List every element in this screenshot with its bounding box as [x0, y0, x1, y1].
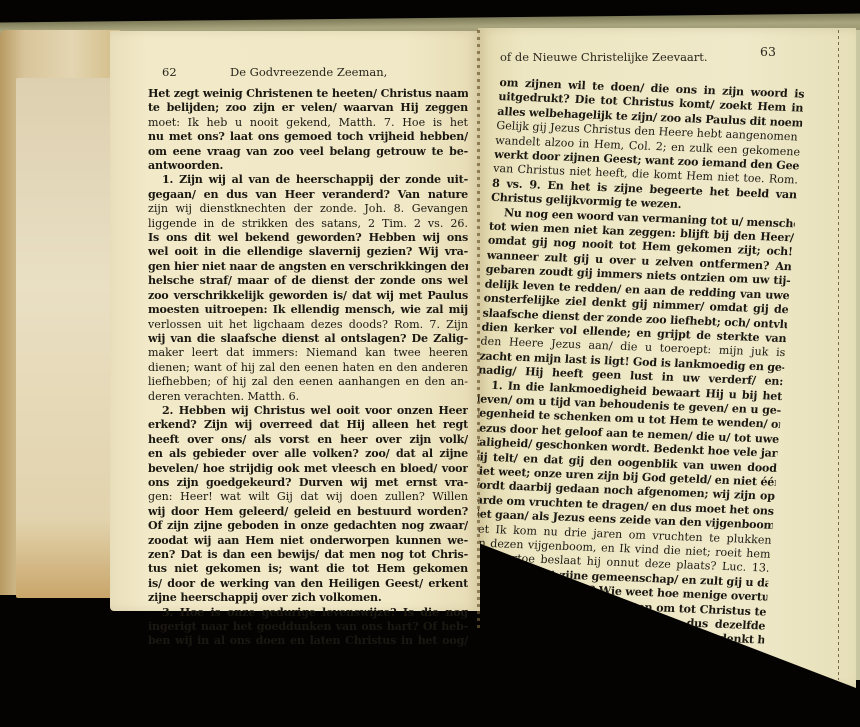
page-edge-stitches: [838, 30, 839, 680]
text-line: liefhebben; of hij zal den eenen aanhang…: [148, 375, 468, 389]
text-line: gen hier niet naar de angsten en verschr…: [148, 260, 468, 274]
text-line: zoo verschrikkelijk geworden is/ dat wij…: [148, 289, 468, 303]
text-line: heeft over ons/ als vorst en heer over z…: [148, 433, 468, 447]
text-line: helsche straf/ maar of de dienst der zon…: [148, 274, 468, 288]
text-line: 3. Hoe is onze gedurige levenswijze? Is …: [148, 606, 468, 620]
text-line: moesten uitroepen: Ik ellendig mensch, w…: [148, 303, 468, 317]
text-line: Het zegt weinig Christenen te heeten/ Ch…: [148, 87, 468, 101]
running-head-right: of de Nieuwe Christelijke Zeevaart.: [500, 50, 708, 64]
text-line: bevelen/ hoe strijdig ook met vleesch en…: [148, 462, 468, 476]
text-line: om eene vraag van zoo veel belang getrou…: [148, 145, 468, 159]
text-line: maker leert dat immers: Niemand kan twee…: [148, 346, 468, 360]
text-line: deren verachten. Matth. 6.: [148, 390, 468, 404]
cover-endpaper: [16, 78, 112, 598]
text-line: Of zijn zijne geboden in onze gedachten …: [148, 519, 468, 533]
book-photo: 62 De Godvreezende Zeeman, Het zegt wein…: [0, 0, 860, 727]
text-line: wel ooit in die ellendige slavernij gezi…: [148, 245, 468, 259]
left-page: 62 De Godvreezende Zeeman, Het zegt wein…: [110, 31, 480, 611]
text-line: antwoorden.: [148, 159, 468, 173]
text-line: ons zijn goedgekeurd? Durven wij met ern…: [148, 476, 468, 490]
left-page-body: Het zegt weinig Christenen te heeten/ Ch…: [148, 87, 468, 649]
book-cover-left: [0, 30, 120, 595]
text-line: erkend? Zijn wij overreed dat Hij alleen…: [148, 418, 468, 432]
text-line: zijne heerschappij over zich volkomen.: [148, 591, 468, 605]
text-line: nu met ons? laat ons gemoed toch vrijhei…: [148, 130, 468, 144]
text-line: 2. Hebben wij Christus wel ooit voor onz…: [148, 404, 468, 418]
running-head-left: De Godvreezende Zeeman,: [230, 65, 387, 79]
text-line: 1. Zijn wij al van de heerschappij der z…: [148, 173, 468, 187]
right-page-body: om zijnen wil te doen/ die ons in zijn w…: [459, 76, 805, 648]
text-line: tus niet gekomen is; want die tot Hem ge…: [148, 562, 468, 576]
page-number-right: 63: [760, 44, 776, 59]
text-line: gegaan/ en dus van Heer veranderd? Van n…: [148, 188, 468, 202]
text-line: en als gebieder over alle volken? zoo/ d…: [148, 447, 468, 461]
text-line: ben wij in al ons doen en laten Christus…: [148, 634, 468, 648]
text-line: liggende in de strikken des satans, 2 Ti…: [148, 217, 468, 231]
text-line: te belijden; zoo zijn er velen/ waarvan …: [148, 101, 468, 115]
text-line: moet: Ik heb u nooit gekend, Matth. 7. H…: [148, 116, 468, 130]
right-page: of de Nieuwe Christelijke Zeevaart. 63 o…: [478, 28, 856, 688]
text-line: Is ons dit wel bekend geworden? Hebben w…: [148, 231, 468, 245]
text-line: dienen; want of hij zal den eenen haten …: [148, 361, 468, 375]
binding-stitches: [477, 30, 480, 630]
text-line: zijn wij dienstknechten der zonde. Joh. …: [148, 202, 468, 216]
text-line: wij van die slaafsche dienst al ontslage…: [148, 332, 468, 346]
text-line: gen: Heer! wat wilt Gij dat wij doen zul…: [148, 490, 468, 504]
text-line: ingerigt naar het goeddunken van ons har…: [148, 620, 468, 634]
text-line: zen? Dat is dan een bewijs/ dat men nog …: [148, 548, 468, 562]
text-line: verlossen uit het ligchaam dezes doods? …: [148, 318, 468, 332]
text-line: wij door Hem geleerd/ geleid en bestuurd…: [148, 505, 468, 519]
text-line: zoodat wij aan Hem niet onderworpen kunn…: [148, 534, 468, 548]
page-number-left: 62: [162, 65, 177, 79]
text-line: is/ door de werking van den Heiligen Gee…: [148, 577, 468, 591]
